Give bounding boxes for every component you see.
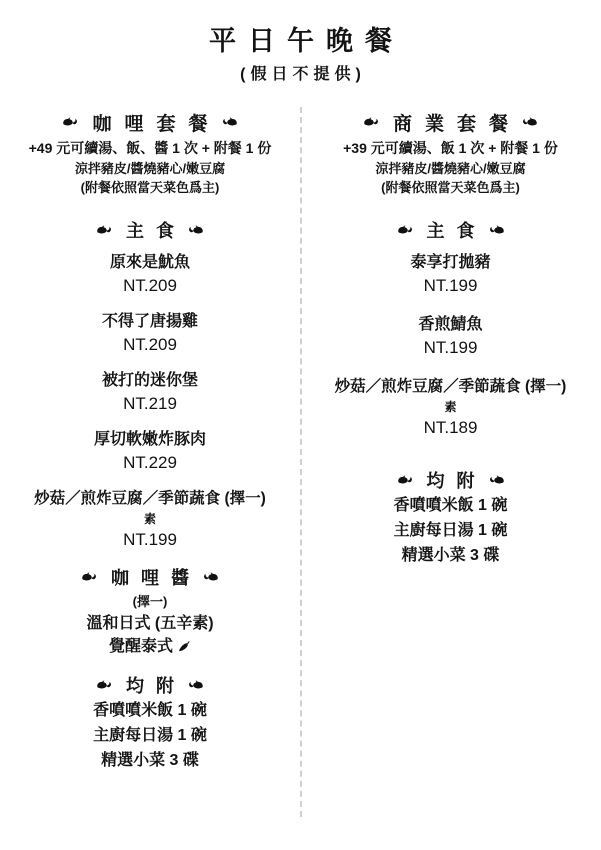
item-price: NT.189 bbox=[300, 416, 601, 439]
section-title: 均附 bbox=[126, 672, 186, 698]
section-title: 商業套餐 bbox=[393, 109, 521, 136]
section-title: 均附 bbox=[427, 467, 487, 493]
section-title: 咖哩套餐 bbox=[92, 109, 220, 136]
menu-page: 平日午晚餐 (假日不提供) 咖哩套餐 +49 元可續湯、飯、醬 1 次 + 附餐… bbox=[0, 0, 601, 850]
curry-set-header: 咖哩套餐 bbox=[0, 109, 300, 135]
page-subtitle: (假日不提供) bbox=[0, 63, 601, 87]
vegetarian-tag: 素 bbox=[300, 398, 601, 416]
set-note: +49 元可續湯、飯、醬 1 次 + 附餐 1 份 bbox=[0, 138, 300, 159]
whale-icon bbox=[62, 116, 80, 128]
included-header: 均附 bbox=[0, 672, 300, 698]
main-dish-header: 主食 bbox=[300, 217, 601, 243]
menu-item: 厚切軟嫩炸豚肉 NT.229 bbox=[0, 428, 300, 474]
included-header: 均附 bbox=[300, 467, 601, 493]
main-dish-list: 原來是魷魚 NT.209 不得了唐揚雞 NT.209 被打的迷你堡 NT.219… bbox=[0, 251, 300, 551]
main-dish-list: 泰享打拋豬 NT.199 香煎鯖魚 NT.199 炒菇／煎炸豆腐／季節蔬食 (擇… bbox=[300, 251, 601, 439]
whale-icon bbox=[487, 474, 505, 486]
item-name: 香煎鯖魚 bbox=[300, 313, 601, 336]
section-title: 主食 bbox=[427, 217, 487, 243]
whale-icon bbox=[363, 116, 381, 128]
menu-item: 不得了唐揚雞 NT.209 bbox=[0, 310, 300, 356]
section-title: 咖哩醬 bbox=[111, 564, 201, 590]
sauce-name: 覺醒泰式 bbox=[109, 638, 173, 655]
whale-icon bbox=[96, 679, 114, 691]
included-item: 主廚每日湯 1 碗 bbox=[300, 518, 601, 543]
main-dish-header: 主食 bbox=[0, 217, 300, 243]
whale-icon bbox=[487, 224, 505, 236]
sauce-name: 溫和日式 (五辛素) bbox=[86, 615, 213, 632]
sauce-item-spicy: 覺醒泰式 bbox=[0, 635, 300, 658]
included-item: 精選小菜 3 碟 bbox=[0, 748, 300, 773]
menu-columns: 咖哩套餐 +49 元可續湯、飯、醬 1 次 + 附餐 1 份 涼拌豬皮/醬燒豬心… bbox=[0, 105, 601, 773]
business-set-header: 商業套餐 bbox=[300, 109, 601, 135]
item-name: 不得了唐揚雞 bbox=[0, 310, 300, 333]
menu-item: 原來是魷魚 NT.209 bbox=[0, 251, 300, 297]
item-price: NT.229 bbox=[0, 451, 300, 474]
column-curry-set: 咖哩套餐 +49 元可續湯、飯、醬 1 次 + 附餐 1 份 涼拌豬皮/醬燒豬心… bbox=[0, 105, 300, 773]
item-name: 原來是魷魚 bbox=[0, 251, 300, 274]
sauce-note: (擇一) bbox=[0, 592, 300, 612]
whale-icon bbox=[186, 224, 204, 236]
included-item: 香噴噴米飯 1 碗 bbox=[300, 493, 601, 518]
menu-item-vegetarian: 炒菇／煎炸豆腐／季節蔬食 (擇一) 素 NT.199 bbox=[0, 487, 300, 551]
item-name: 厚切軟嫩炸豚肉 bbox=[0, 428, 300, 451]
menu-item: 泰享打拋豬 NT.199 bbox=[300, 251, 601, 297]
set-note: 涼拌豬皮/醬燒豬心/嫩豆腐 bbox=[0, 159, 300, 178]
set-note: +39 元可續湯、飯 1 次 + 附餐 1 份 bbox=[300, 138, 601, 159]
whale-icon bbox=[186, 679, 204, 691]
whale-icon bbox=[520, 116, 538, 128]
sauce-item: 溫和日式 (五辛素) bbox=[0, 612, 300, 635]
item-name: 泰享打拋豬 bbox=[300, 251, 601, 274]
item-price: NT.209 bbox=[0, 274, 300, 297]
menu-item: 被打的迷你堡 NT.219 bbox=[0, 369, 300, 415]
item-price: NT.219 bbox=[0, 392, 300, 415]
item-price: NT.209 bbox=[0, 333, 300, 356]
whale-icon bbox=[96, 224, 114, 236]
item-name: 被打的迷你堡 bbox=[0, 369, 300, 392]
included-item: 精選小菜 3 碟 bbox=[300, 543, 601, 568]
page-title: 平日午晚餐 bbox=[0, 0, 601, 58]
set-note: (附餐依照當天菜色爲主) bbox=[300, 178, 601, 197]
whale-icon bbox=[397, 474, 415, 486]
set-note: (附餐依照當天菜色爲主) bbox=[0, 178, 300, 197]
item-name: 炒菇／煎炸豆腐／季節蔬食 (擇一) bbox=[0, 487, 300, 510]
whale-icon bbox=[397, 224, 415, 236]
included-item: 主廚每日湯 1 碗 bbox=[0, 723, 300, 748]
whale-icon bbox=[81, 571, 99, 583]
item-price: NT.199 bbox=[300, 274, 601, 297]
menu-item-vegetarian: 炒菇／煎炸豆腐／季節蔬食 (擇一) 素 NT.189 bbox=[300, 375, 601, 439]
column-business-set: 商業套餐 +39 元可續湯、飯 1 次 + 附餐 1 份 涼拌豬皮/醬燒豬心/嫩… bbox=[300, 105, 601, 773]
item-price: NT.199 bbox=[300, 336, 601, 359]
item-name: 炒菇／煎炸豆腐／季節蔬食 (擇一) bbox=[300, 375, 601, 398]
vegetarian-tag: 素 bbox=[0, 510, 300, 528]
whale-icon bbox=[201, 571, 219, 583]
section-title: 主食 bbox=[126, 217, 186, 243]
set-note: 涼拌豬皮/醬燒豬心/嫩豆腐 bbox=[300, 159, 601, 178]
curry-sauce-header: 咖哩醬 bbox=[0, 564, 300, 590]
menu-item: 香煎鯖魚 NT.199 bbox=[300, 313, 601, 359]
included-item: 香噴噴米飯 1 碗 bbox=[0, 698, 300, 723]
item-price: NT.199 bbox=[0, 528, 300, 551]
chili-icon bbox=[177, 639, 191, 653]
whale-icon bbox=[220, 116, 238, 128]
